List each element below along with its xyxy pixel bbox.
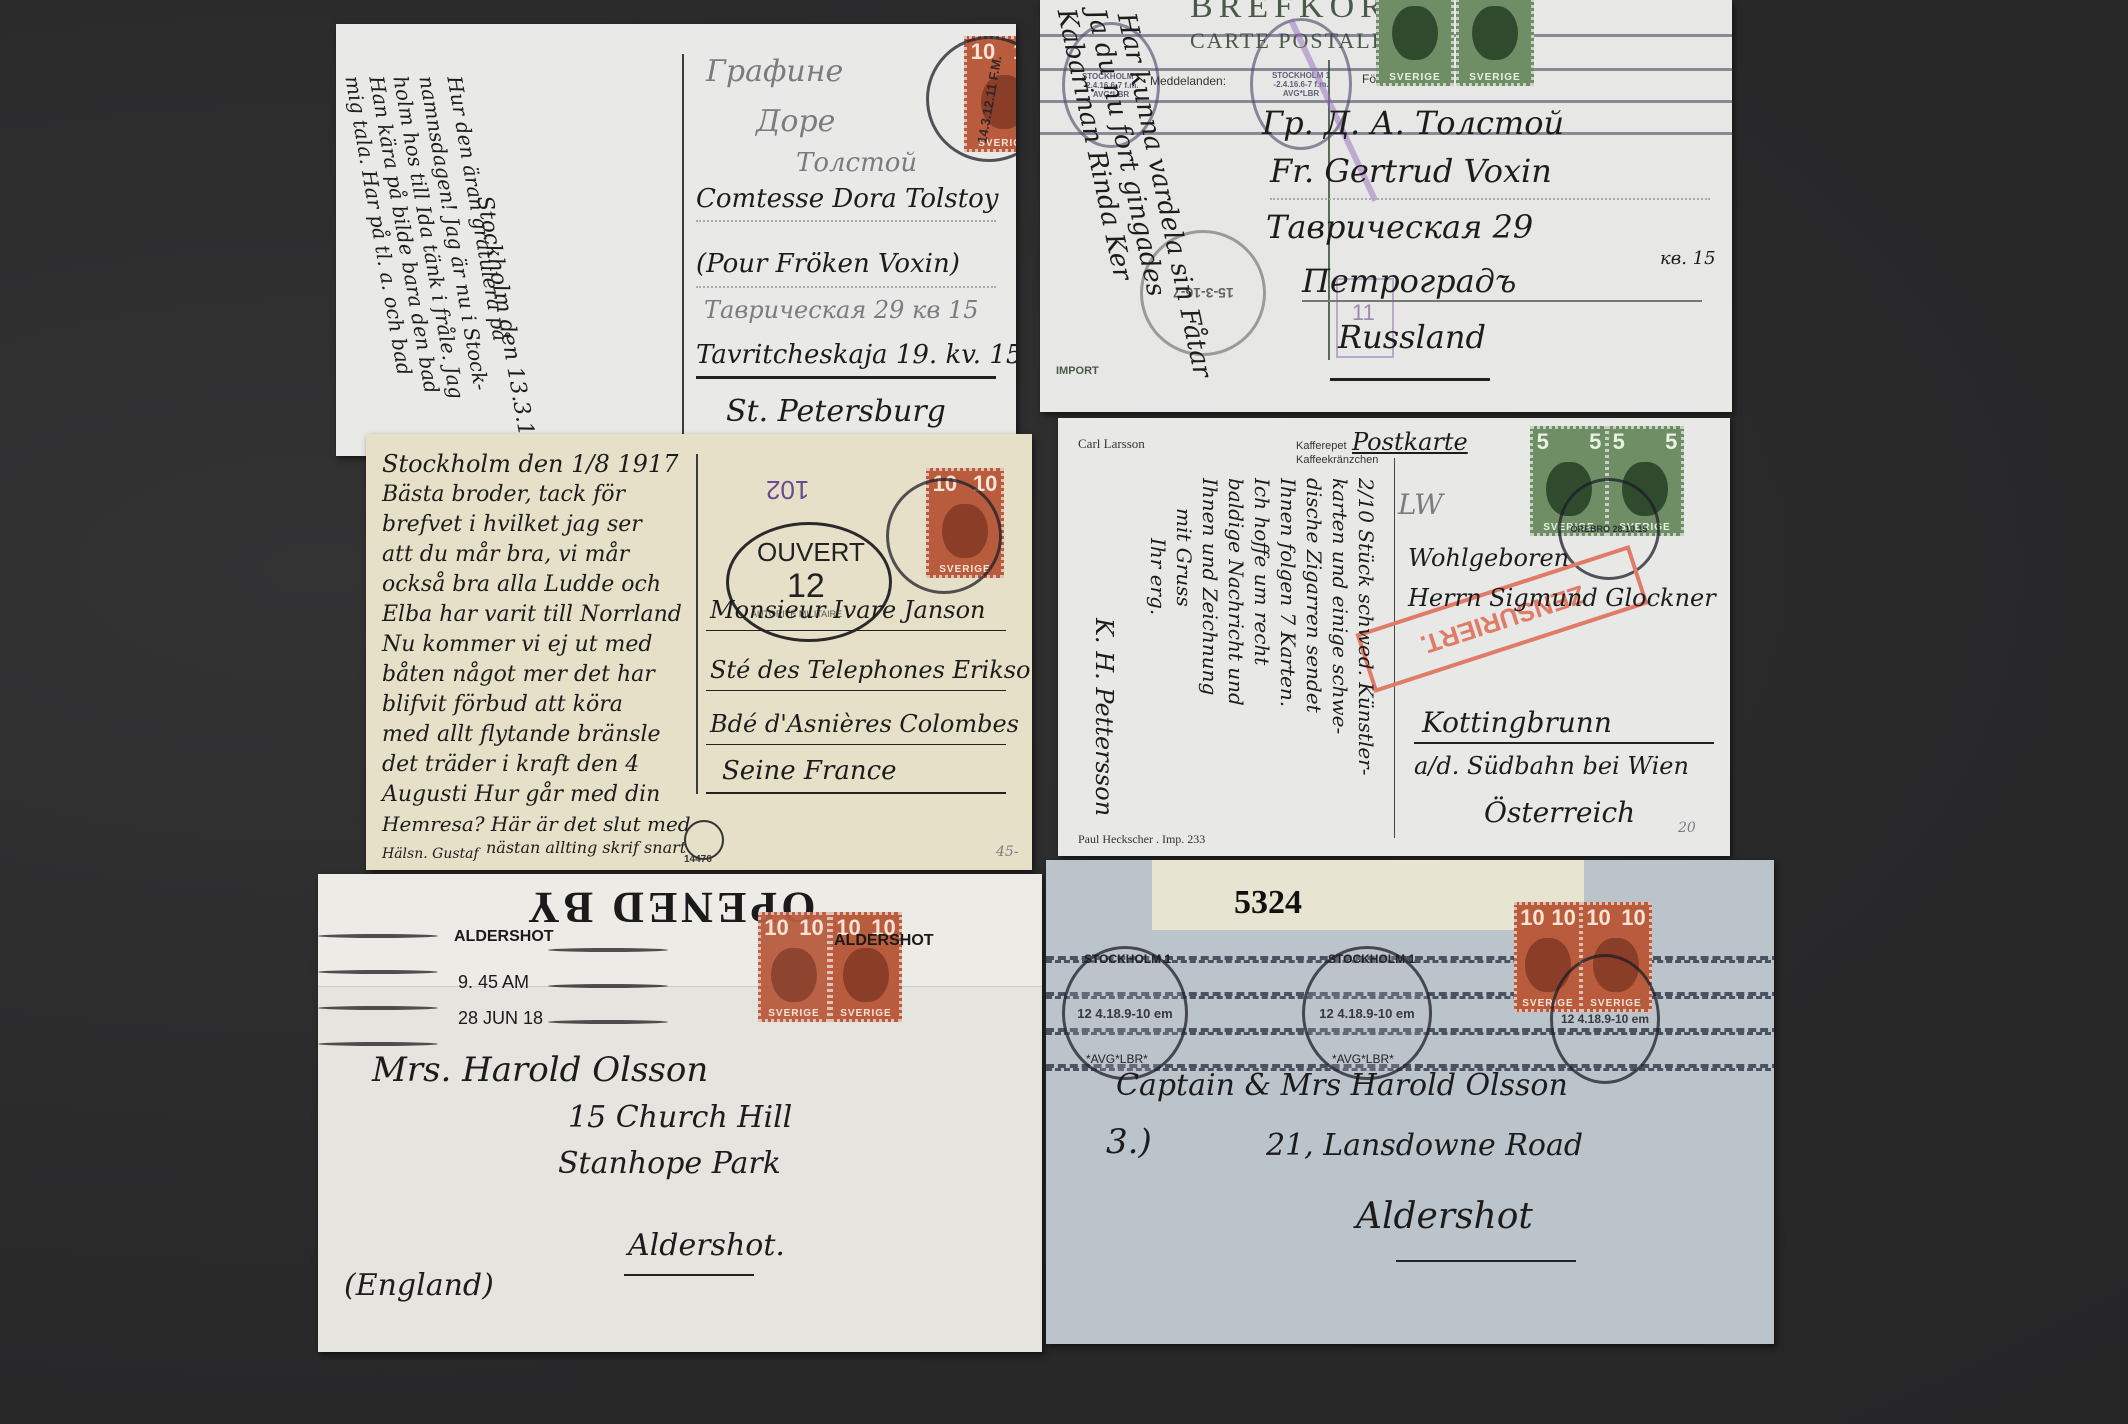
postmark-town: STOCKHOLM 1 <box>1328 952 1415 966</box>
address-line: (Pour Fröken Voxin) <box>696 249 960 279</box>
address-underline <box>1414 742 1714 744</box>
address-line: (England) <box>344 1268 494 1303</box>
postmark <box>886 478 1002 594</box>
printed-title-sv: Kafferepet <box>1296 440 1347 452</box>
cover-opened-by: OPENED BY ALDERSHOT 9. 45 AM 28 JUN 18 1… <box>318 874 1042 1352</box>
cancel-wave <box>318 934 438 938</box>
message-line: Ihr erg. <box>1146 538 1170 615</box>
address-line: Stanhope Park <box>558 1146 781 1181</box>
printed-artist: Carl Larsson <box>1078 436 1145 452</box>
cancel-date: 28 JUN 18 <box>458 1008 543 1029</box>
message-line: dische Zigarren sendet <box>1302 478 1326 713</box>
address-line: Таврическая 29 <box>1266 208 1533 246</box>
cancel-wave <box>548 1020 668 1024</box>
censor-oval: OUVERT 12 AUTORITÉ MILITAIRE <box>726 522 892 642</box>
stamp-10-ore: 1010 SVERIGE <box>830 912 902 1022</box>
address-line: 21, Lansdowne Road <box>1266 1128 1583 1163</box>
heading: Postkarte <box>1352 428 1468 456</box>
address-rule <box>706 630 1006 631</box>
message-block: Stockholm den 13.3.1912 Hur den äran gra… <box>346 44 726 374</box>
address-line: Mrs. Harold Olsson <box>372 1050 708 1090</box>
publisher-number: 14476 <box>684 854 712 865</box>
postmark-town: STOCKHOLM 1 <box>1084 952 1171 966</box>
postcard-ouvert: Stockholm den 1/8 1917 Bästa broder, tac… <box>366 434 1032 870</box>
cover-censor-5324: 5324 1010 SVERIGE 1010 SVERIGE 12 4.18.9… <box>1046 860 1774 1344</box>
stamp-value: 10 <box>799 915 823 941</box>
stamp-country: SVERIGE <box>1389 72 1440 83</box>
pencil-price: 45- <box>996 844 1019 860</box>
pencil-mark: 20 <box>1678 820 1696 836</box>
king-portrait-icon <box>843 948 889 1002</box>
message-line: att du mår bra, vi mår <box>382 542 629 567</box>
address-underline <box>696 376 996 379</box>
stamp-value: 10 <box>764 915 788 941</box>
address-line: Петроградъ <box>1302 262 1516 300</box>
address-line: Russland <box>1338 318 1486 356</box>
stamp-5-ore: ÖREÖRE SVERIGE <box>1376 0 1454 86</box>
postcard-brefkort: BREFKORT CARTE POSTALE Meddelanden: För … <box>1040 0 1732 412</box>
pencil-note: Толстой <box>796 148 917 178</box>
message-line: mit Gruss <box>1172 508 1196 607</box>
postmark-date: 12 4.18.9-10 em <box>1319 1006 1414 1021</box>
king-portrait-icon <box>771 948 817 1002</box>
message-line: med allt flytande bränsle <box>382 722 661 747</box>
postmark-date: 14.3.12.11 F.M. <box>974 54 1004 144</box>
address-line: Bdé d'Asnières Colombes <box>710 710 1019 738</box>
message-line: Augusti Hur går med din <box>382 782 660 807</box>
message-line: baldige Nachricht und <box>1224 478 1248 706</box>
address-line: Monsieur Ivare Janson <box>710 596 986 624</box>
censor-oval-top: OUVERT <box>757 537 865 568</box>
address-rule <box>706 792 1006 794</box>
address-line: Aldershot <box>1356 1196 1533 1237</box>
address-line: Seine France <box>722 756 897 786</box>
address-line: Herrn Sigmund Glockner <box>1408 584 1716 612</box>
stamp-value: 5 <box>1537 429 1549 455</box>
message-line: Hemresa? Här är det slut med <box>382 812 691 836</box>
address-line: Sté des Telephones Erikson <box>710 656 1032 684</box>
postmark-bottom: *AVG*LBR* <box>1332 1052 1394 1066</box>
cancel-town-overprint: ALDERSHOT <box>834 932 934 950</box>
address-line: Fr. Gertrud Voxin <box>1270 152 1552 190</box>
postmark: 14.3.12.11 F.M. <box>926 36 1016 162</box>
stamp-value: 10 <box>1621 905 1645 931</box>
message-line: 2/10 Stück schwed. Künstler- <box>1354 478 1378 776</box>
stamp-country: SVERIGE <box>1469 72 1520 83</box>
address-line: Таврическая 29 кв 15 <box>704 296 978 324</box>
message-line: Ihnen und Zeichnung <box>1198 478 1222 695</box>
postcard-zensuriert: Carl Larsson Kafferepet Kaffeekränzchen … <box>1058 418 1730 856</box>
postcard-tolstoy: Stockholm den 13.3.1912 Hur den äran gra… <box>336 24 1016 456</box>
cancel-wave <box>318 970 438 974</box>
address-underline <box>1330 378 1490 381</box>
censor-label-number: 5324 <box>1234 884 1302 922</box>
message-line: Stockholm den 1/8 1917 <box>382 450 678 478</box>
cancel-wave <box>548 984 668 988</box>
message-line: blifvit förbud att köra <box>382 692 623 717</box>
address-rule <box>706 744 1006 745</box>
violet-number: 102 <box>766 474 809 505</box>
stamp-10-ore: 1010 SVERIGE <box>758 912 830 1022</box>
message-line: Bästa broder, tack för <box>382 482 625 507</box>
message-line: båten något mer det har <box>382 662 655 687</box>
address-line: St. Petersburg <box>726 394 946 429</box>
address-line: Tavritcheskaja 19. kv. 15 <box>696 340 1016 370</box>
stamp-value: 10 <box>1520 905 1544 931</box>
side-note: 3.) <box>1106 1122 1152 1162</box>
address-rule <box>1302 300 1702 302</box>
stamp-country: SVERIGE <box>768 1008 819 1019</box>
address-underline <box>1396 1260 1576 1262</box>
message-line: nästan allting skrif snart <box>486 838 686 857</box>
address-rule <box>706 690 1006 691</box>
stamp-value: 5 <box>1589 429 1601 455</box>
postmark-text: ÖREBRO 28.10.15 <box>1570 524 1647 534</box>
cancel-wave <box>548 948 668 952</box>
address-line: Гр. Д. А. Толстой <box>1262 104 1564 142</box>
postmark-date: 12 4.18.9-10 em <box>1077 1006 1172 1021</box>
pencil-mark: LW <box>1398 488 1443 521</box>
postmark-date: 12 4.18.9-10 em <box>1561 1012 1649 1026</box>
cancel-time: 9. 45 AM <box>458 972 529 993</box>
address-line: Aldershot. <box>628 1228 785 1263</box>
cancel-town: ALDERSHOT <box>454 928 554 946</box>
message-line: Elba har varit till Norrland <box>382 602 682 627</box>
message-signature: Hälsn. Gustaf <box>382 846 479 862</box>
printer-mark: IMPORT <box>1056 365 1099 377</box>
address-line: Wohlgeboren <box>1408 544 1569 572</box>
address-rule <box>696 220 996 222</box>
divider-line <box>696 454 698 794</box>
pencil-note: Графине <box>706 54 843 89</box>
message-line: Ihnen folgen 7 Karten. <box>1276 478 1300 707</box>
address-line: 15 Church Hill <box>568 1100 792 1135</box>
message-line: brefvet i hvilket jag ser <box>382 512 642 537</box>
cancel-wave <box>318 1006 438 1010</box>
address-line: Comtesse Dora Tolstoy <box>696 184 999 214</box>
printed-field: Meddelanden: <box>1150 74 1226 88</box>
pencil-note: Доре <box>756 104 835 139</box>
address-line: Captain & Mrs Harold Olsson <box>1116 1068 1568 1103</box>
postmark: 12 4.18.9-10 em <box>1550 954 1660 1084</box>
stamp-value: 5 <box>1665 429 1677 455</box>
address-line: a/d. Südbahn bei Wien <box>1414 752 1689 780</box>
king-portrait-icon <box>1392 6 1438 60</box>
cancel-wave <box>318 1042 438 1046</box>
address-rule <box>1270 198 1710 200</box>
king-portrait-icon <box>1472 6 1518 60</box>
message-line: det träder i kraft den 4 <box>382 752 639 777</box>
message-line: karten und einige schwe- <box>1328 478 1352 734</box>
address-line: кв. 15 <box>1660 248 1716 269</box>
message-line: också bra alla Ludde och <box>382 572 661 597</box>
address-underline <box>624 1274 754 1276</box>
address-line: Österreich <box>1484 796 1635 829</box>
message-line: Ich hoffe um recht <box>1250 478 1274 665</box>
stamp-value: 10 <box>1586 905 1610 931</box>
stamp-value: 10 <box>1551 905 1575 931</box>
stamp-value: 5 <box>1613 429 1625 455</box>
message-signature: K. H. Pettersson <box>1090 618 1118 816</box>
postmark-bottom: *AVG*LBR* <box>1086 1052 1148 1066</box>
address-line: Kottingbrunn <box>1422 706 1612 739</box>
message-line: Nu kommer vi ej ut med <box>382 632 653 657</box>
printer-mark: Paul Heckscher . Imp. 233 <box>1078 832 1205 847</box>
stamp-5-ore: ÖREÖRE SVERIGE <box>1456 0 1534 86</box>
address-rule <box>696 286 996 288</box>
stamp-country: SVERIGE <box>840 1008 891 1019</box>
